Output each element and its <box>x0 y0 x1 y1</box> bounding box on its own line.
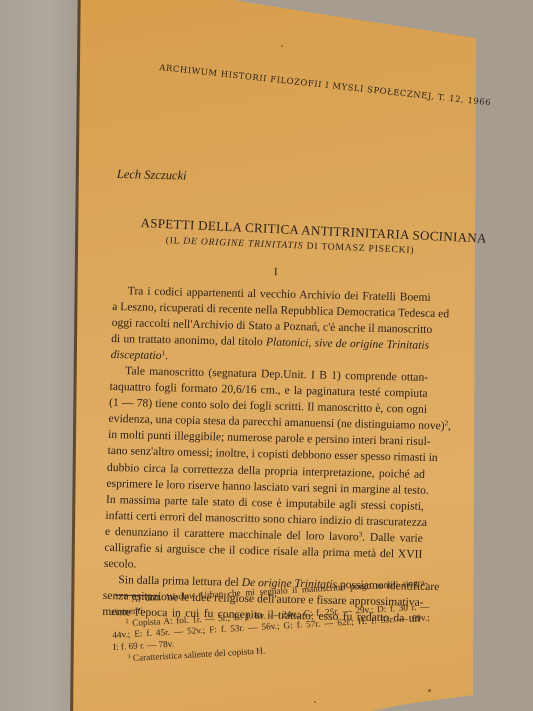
paper-speck <box>314 701 316 703</box>
paper-speck <box>281 45 283 47</box>
subtitle-open: (IL <box>166 235 184 247</box>
paper-stain <box>428 689 431 692</box>
footnote-mark: 1 <box>124 595 127 601</box>
author-name: Lech Szczucki <box>117 167 187 184</box>
background-surface <box>0 0 80 711</box>
footnote-mark: 2 <box>125 619 128 625</box>
footnote-mark: 3 <box>127 654 130 660</box>
body-text: Tra i codici appartenenti al vecchio Arc… <box>102 283 443 627</box>
section-number: I <box>274 266 278 278</box>
